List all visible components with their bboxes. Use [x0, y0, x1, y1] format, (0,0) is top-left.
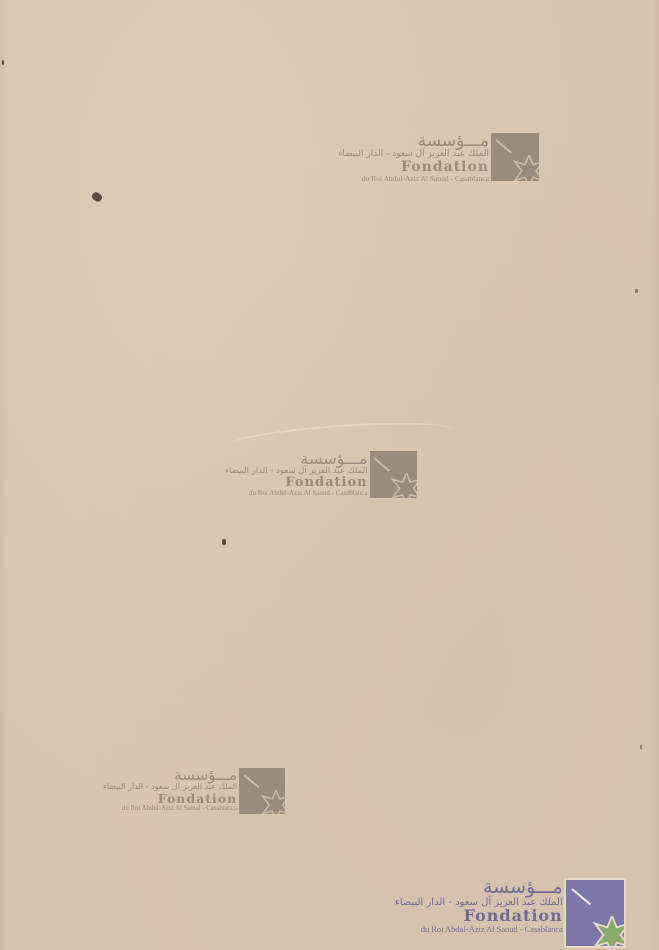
watermark-4-color: مـــؤسسة الملك عبد العزيز آل سعود - الدا…: [395, 878, 626, 948]
ink-speck: [91, 191, 104, 203]
watermark-arabic-title: مـــؤسسة: [174, 768, 237, 783]
foundation-logo-icon: [370, 451, 417, 498]
watermark-french-subtitle: du Roi Abdul-Aziz Al Saoud - Casablanca: [249, 490, 368, 498]
ink-speck: [640, 745, 642, 749]
watermark-arabic-title: مـــؤسسة: [483, 878, 563, 897]
watermark-french-subtitle: du Roi Abdul-Aziz Al Saoud - Casablanca: [122, 805, 237, 812]
watermark-french-subtitle: du Roi Abdul-Aziz Al Saoud - Casablanca: [362, 175, 489, 183]
watermark-arabic-title: مـــؤسسة: [418, 133, 489, 150]
watermark-french-title: Fondation: [401, 160, 489, 175]
foundation-logo-icon: [239, 768, 285, 814]
ink-speck: [222, 539, 226, 545]
watermark-1: مـــؤسسة الملك عبد العزيز آل سعود - الدا…: [338, 133, 539, 183]
watermark-3: مـــؤسسة الملك عبد العزيز آل سعود - الدا…: [103, 768, 285, 814]
watermark-french-title: Fondation: [158, 792, 237, 805]
foundation-logo-icon: [564, 878, 626, 948]
watermark-french-subtitle: du Roi Abdul-Aziz Al Saoud - Casablanca: [421, 925, 563, 934]
watermark-arabic-title: مـــؤسسة: [300, 451, 367, 467]
watermark-2: مـــؤسسة الملك عبد العزيز آل سعود - الدا…: [225, 451, 417, 498]
watermark-french-title: Fondation: [285, 476, 367, 490]
scanned-page: مـــؤسسة الملك عبد العزيز آل سعود - الدا…: [0, 0, 659, 950]
ink-speck: [2, 60, 4, 65]
watermark-french-title: Fondation: [464, 908, 563, 925]
ink-speck: [635, 289, 638, 293]
foundation-logo-icon: [491, 133, 539, 181]
